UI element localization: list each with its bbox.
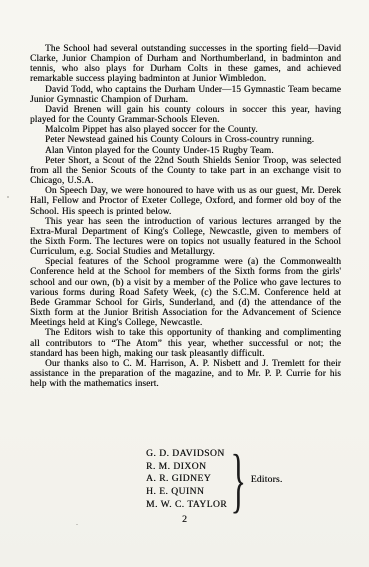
text-column: The School had several outstanding succe… — [30, 44, 341, 389]
editors-name-list: G. D. DAVIDSON R. M. DIXON A. R. GIDNEY … — [146, 448, 227, 512]
paragraph-david-brenen: David Brenen will gain his county colour… — [30, 105, 341, 125]
editors-block: G. D. DAVIDSON R. M. DIXON A. R. GIDNEY … — [146, 448, 282, 512]
document-page: The School had several outstanding succe… — [0, 0, 369, 567]
editor-name: H. E. QUINN — [146, 486, 227, 499]
paragraph-editors-thanks: The Editors wish to take this opportunit… — [30, 328, 341, 358]
scan-speck — [7, 196, 9, 198]
page-number: 2 — [0, 514, 369, 525]
paragraph-special-features: Special features of the School programme… — [30, 257, 341, 328]
paragraph-david-todd: David Todd, who captains the Durham Unde… — [30, 85, 341, 105]
paragraph-sporting-successes: The School had several outstanding succe… — [30, 44, 341, 85]
paragraph-peter-short: Peter Short, a Scout of the 22nd South S… — [30, 156, 341, 186]
editor-name: G. D. DAVIDSON — [146, 448, 227, 461]
paragraph-speech-day: On Speech Day, we were honoured to have … — [30, 186, 341, 216]
scan-speck — [76, 524, 78, 525]
editor-name: R. M. DIXON — [146, 461, 227, 474]
paragraph-alan-vinton: Alan Vinton played for the County Under-… — [30, 146, 341, 156]
paragraph-lectures: This year has seen the introduction of v… — [30, 217, 341, 258]
paragraph-malcolm-pippet: Malcolm Pippet has also played soccer fo… — [30, 125, 341, 135]
brace-icon: } — [231, 448, 247, 511]
editors-label: Editors. — [251, 474, 283, 485]
editor-name: A. R. GIDNEY — [146, 473, 227, 486]
paragraph-peter-newstead: Peter Newstead gained his County Colours… — [30, 135, 341, 145]
paragraph-acknowledgements: Our thanks also to C. M. Harrison, A. P.… — [30, 359, 341, 389]
editor-name: M. W. C. TAYLOR — [146, 499, 227, 512]
